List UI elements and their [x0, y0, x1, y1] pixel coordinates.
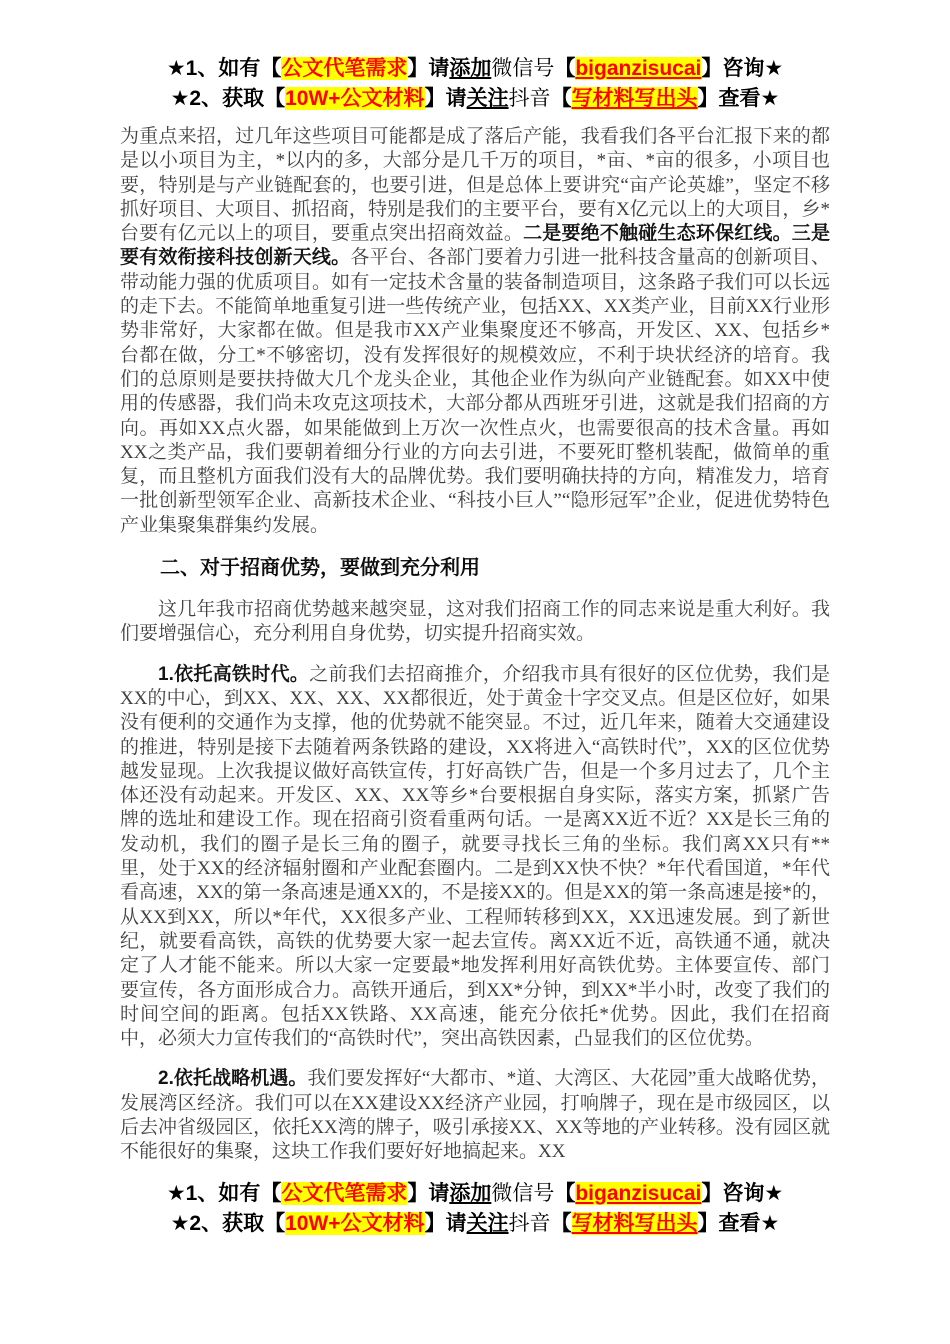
promo2-suffix: 】查看★ — [698, 87, 780, 110]
promo2b-prefix: ★2、获取【 — [171, 1212, 286, 1235]
promo2b-douyin-id: 写材料写出头 — [572, 1212, 698, 1235]
point-2-title: 2.依托战略机遇。 — [158, 1068, 307, 1089]
promo2b-suffix: 】查看★ — [698, 1212, 780, 1235]
promo2-mid: 】请 — [425, 87, 467, 110]
promo1-suffix: 】咨询★ — [701, 57, 783, 80]
document-body: 为重点来招，过几年这些项目可能都是成了落后产能，我看我们各平台汇报下来的都是以小… — [120, 125, 830, 1165]
promo1b-suffix: 】咨询★ — [701, 1182, 783, 1205]
promo1-wechat-id: biganzisucai — [575, 57, 701, 80]
promo1b-mid: 】请 — [407, 1182, 449, 1205]
promo-line-2: ★2、获取【10W+公文材料】请关注抖音【写材料写出头】查看★ — [120, 84, 830, 114]
promo1-wechat-label: 微信号 — [491, 57, 554, 80]
paragraph-continuation-text-2: 各平台、各部门要着力引进一批科技含量高的创新项目、带动能力强的优质项目。如有一定… — [120, 247, 830, 535]
promo1b-prefix: ★1、如有【 — [167, 1182, 282, 1205]
promo-bottom-line-2: ★2、获取【10W+公文材料】请关注抖音【写材料写出头】查看★ — [120, 1209, 830, 1239]
promo2-highlight-materials: 10W+公文材料 — [285, 87, 424, 110]
promo2b-follow-underline: 关注 — [467, 1212, 509, 1235]
promo1-bracket: 【 — [554, 57, 575, 80]
document-page: ★1、如有【公文代笔需求】请添加微信号【biganzisucai】咨询★ ★2、… — [0, 0, 950, 1344]
promo1b-highlight-service: 公文代笔需求 — [281, 1182, 407, 1205]
promo2-prefix: ★2、获取【 — [171, 87, 286, 110]
promo-line-1: ★1、如有【公文代笔需求】请添加微信号【biganzisucai】咨询★ — [120, 54, 830, 84]
point-1-body: 之前我们去招商推介，介绍我市具有很好的区位优势，我们是XX的中心，到XX、XX、… — [120, 664, 830, 1049]
promo1b-bracket: 【 — [554, 1182, 575, 1205]
paragraph-point-1: 1.依托高铁时代。之前我们去招商推介，介绍我市具有很好的区位优势，我们是XX的中… — [120, 663, 830, 1052]
promo2b-douyin-label: 抖音 — [509, 1212, 551, 1235]
point-1-title: 1.依托高铁时代。 — [158, 664, 309, 685]
paragraph-continuation: 为重点来招，过几年这些项目可能都是成了落后产能，我看我们各平台汇报下来的都是以小… — [120, 125, 830, 538]
promo1b-add-underline: 添加 — [449, 1182, 491, 1205]
promo1-mid: 】请 — [407, 57, 449, 80]
promo2-douyin-id: 写材料写出头 — [572, 87, 698, 110]
promo1b-wechat-id: biganzisucai — [575, 1182, 701, 1205]
section-heading-2: 二、对于招商优势，要做到充分利用 — [120, 555, 830, 581]
promo-banner-bottom: ★1、如有【公文代笔需求】请添加微信号【biganzisucai】咨询★ ★2、… — [120, 1179, 830, 1239]
promo1b-wechat-label: 微信号 — [491, 1182, 554, 1205]
promo-bottom-line-1: ★1、如有【公文代笔需求】请添加微信号【biganzisucai】咨询★ — [120, 1179, 830, 1209]
promo2-bracket: 【 — [551, 87, 572, 110]
paragraph-point-2: 2.依托战略机遇。我们要发挥好“大都市、*道、大湾区、大花园”重大战略优势，发展… — [120, 1067, 830, 1164]
promo1-add-underline: 添加 — [449, 57, 491, 80]
promo2b-bracket: 【 — [551, 1212, 572, 1235]
promo1-highlight-service: 公文代笔需求 — [281, 57, 407, 80]
promo2b-mid: 】请 — [425, 1212, 467, 1235]
promo2-follow-underline: 关注 — [467, 87, 509, 110]
paragraph-intro: 这几年我市招商优势越来越突显，这对我们招商工作的同志来说是重大利好。我们要增强信… — [120, 598, 830, 647]
promo2-douyin-label: 抖音 — [509, 87, 551, 110]
promo-banner-top: ★1、如有【公文代笔需求】请添加微信号【biganzisucai】咨询★ ★2、… — [120, 54, 830, 114]
promo1-prefix: ★1、如有【 — [167, 57, 282, 80]
promo2b-highlight-materials: 10W+公文材料 — [285, 1212, 424, 1235]
